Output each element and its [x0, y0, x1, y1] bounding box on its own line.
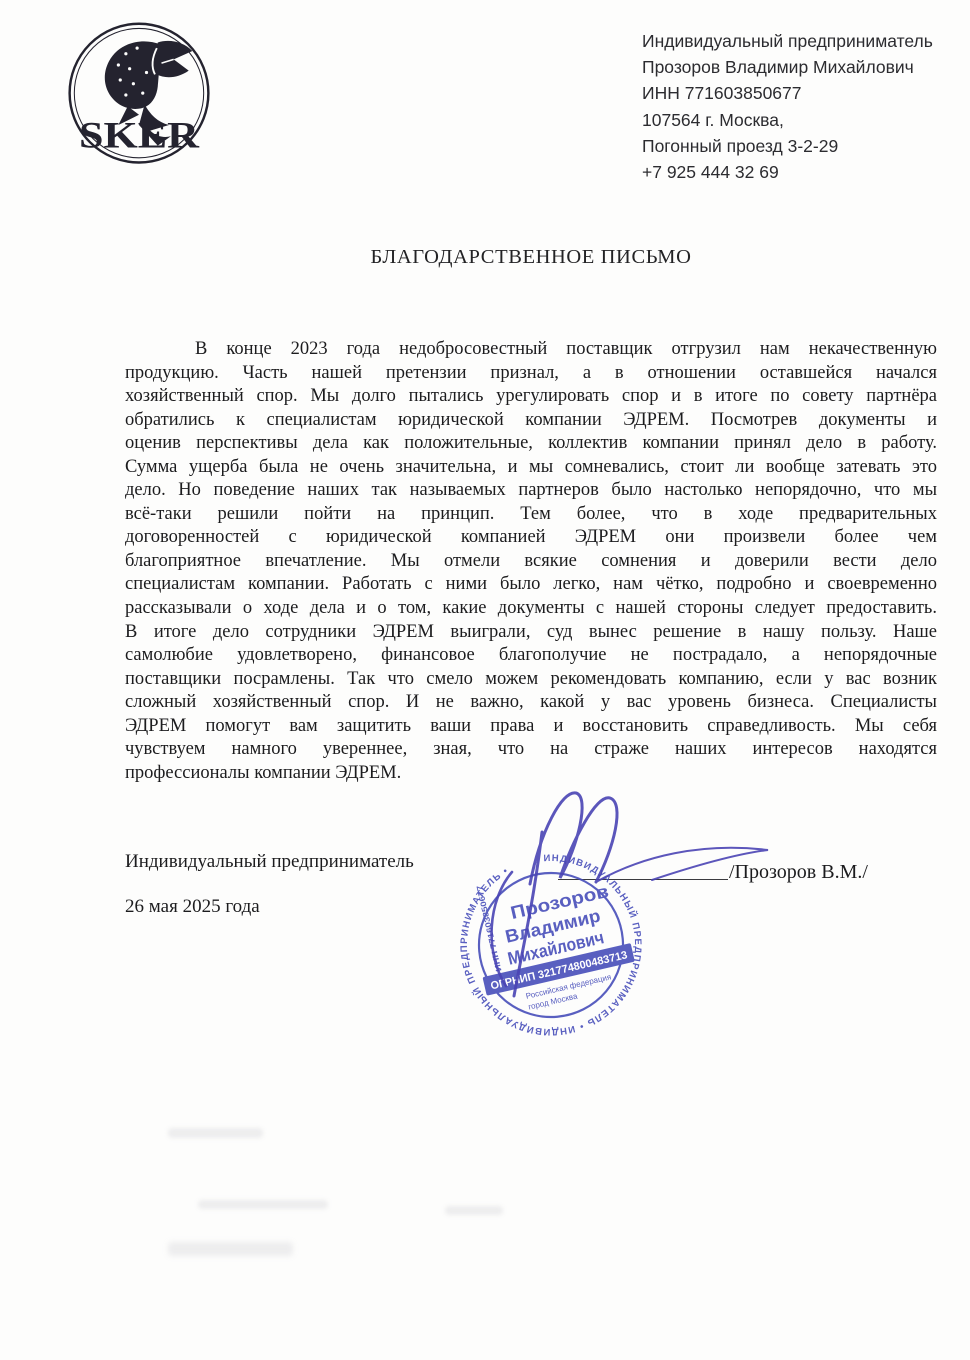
body-line: Сумма ущерба была не очень значительна, … [125, 456, 937, 480]
body-line: В итоге дело сотрудники ЭДРЕМ выиграли, … [125, 621, 937, 645]
body-line: чувствуем намного увереннее, зная, что н… [125, 738, 937, 762]
round-stamp: ИНДИВИДУАЛЬНЫЙ ПРЕДПРИНИМАТЕЛЬ • ИНДИВИД… [443, 837, 660, 1054]
sender-line: Прозоров Владимир Михайлович [642, 54, 962, 80]
scan-artifact [168, 1242, 293, 1256]
body-line: профессионалы компании ЭДРЕМ. [125, 762, 937, 786]
body-line: ЭДРЕМ помогут вам защитить ваши права и … [125, 715, 937, 739]
stamp-inn-vertical: ИНН 771603850677 [475, 884, 504, 972]
sender-line: Индивидуальный предприниматель [642, 28, 962, 54]
body-line: В конце 2023 года недобросовестный поста… [125, 338, 937, 362]
body-line: оценив перспективы дела как положительны… [125, 432, 937, 456]
sender-line: ИНН 771603850677 [642, 80, 962, 106]
body-line: продукцию. Часть нашей претензии признал… [125, 362, 937, 386]
sender-info-block: Индивидуальный предприниматель Прозоров … [642, 28, 962, 185]
company-logo: SKER [62, 20, 216, 170]
sender-line: 107564 г. Москва, [642, 107, 962, 133]
scan-artifact [198, 1200, 328, 1209]
body-line: всё-таки решили пойти на принцип. Тем бо… [125, 503, 937, 527]
scan-artifact [445, 1206, 503, 1215]
scan-artifact [168, 1128, 263, 1138]
letter-title: БЛАГОДАРСТВЕННОЕ ПИСЬМО [125, 246, 937, 269]
closing-date: 26 мая 2025 года [125, 896, 260, 918]
body-line: поставщики посрамлены. Так что смело мож… [125, 668, 937, 692]
body-line: договоренностей с юридической компанией … [125, 526, 937, 550]
body-line: обратились к специалистам юридической ко… [125, 409, 937, 433]
body-line: благоприятное впечатление. Мы отмели вся… [125, 550, 937, 574]
body-line: сложный хозяйственный спор. И не важно, … [125, 691, 937, 715]
logo-brand-text: SKER [79, 116, 200, 157]
sender-line: +7 925 444 32 69 [642, 159, 962, 185]
letter-body: В конце 2023 года недобросовестный поста… [125, 338, 937, 785]
signature-name: /Прозоров В.М./ [729, 861, 868, 884]
body-line: специалистам компании. Работать с ними б… [125, 573, 937, 597]
sender-line: Погонный проезд 3-2-29 [642, 133, 962, 159]
body-line: хозяйственный спор. Мы долго пытались ур… [125, 385, 937, 409]
body-line: рассказывали о ходе дела и о том, какие … [125, 597, 937, 621]
closing-role: Индивидуальный предприниматель [125, 851, 414, 873]
body-line: самолюбие удовлетворено, финансовое благ… [125, 644, 937, 668]
body-line: дело. Но поведение наших так называемых … [125, 479, 937, 503]
